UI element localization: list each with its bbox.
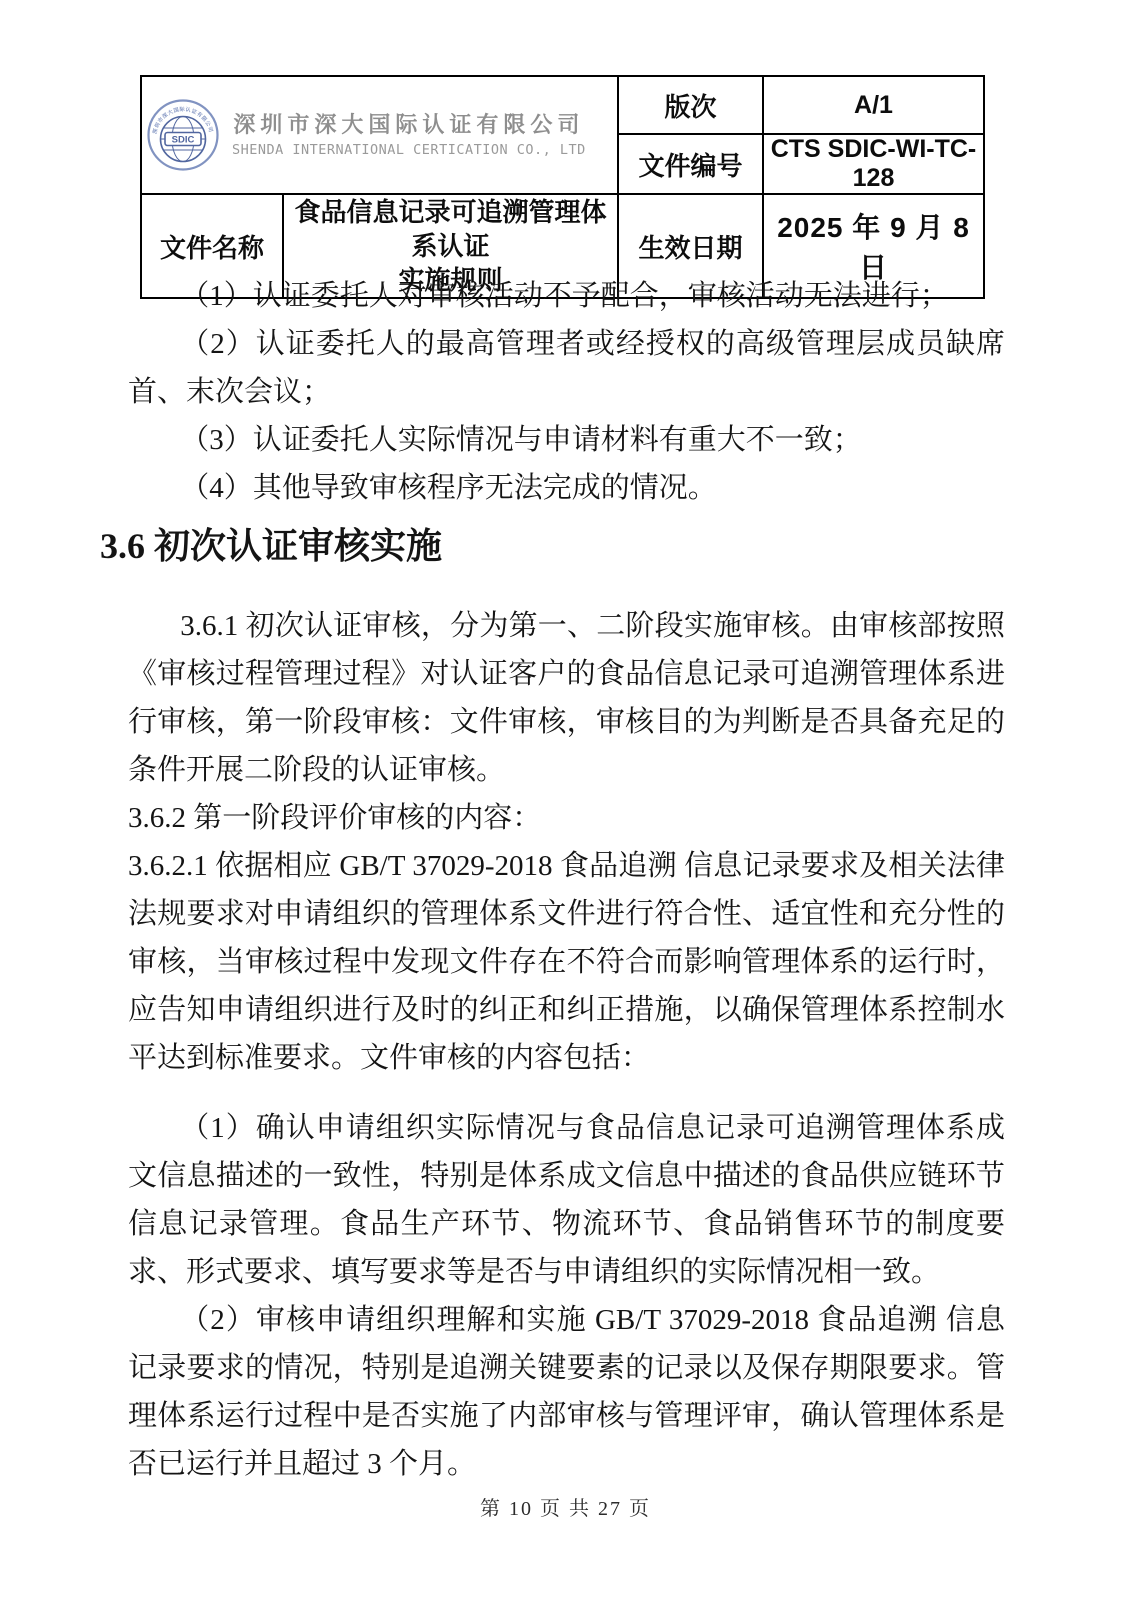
audit-item-2: （2）审核申请组织理解和实施 GB/T 37029-2018 食品追溯 信息记录… [128,1296,1005,1488]
page-number: 第 10 页 共 27 页 [0,1492,1131,1521]
doc-no-value: CTS SDIC-WI-TC-128 [763,134,984,194]
document-body: （1）认证委托人对审核活动不予配合，审核活动无法进行； （2）认证委托人的最高管… [128,272,1005,1488]
svg-text:SDIC: SDIC [172,135,195,146]
document-header-table: 深圳市深大国际认证有限公司 SDIC 深圳市深大国际认证有限公司 SHENDA … [140,75,985,299]
org-names: 深圳市深大国际认证有限公司 SHENDA INTERNATIONAL CERTI… [232,111,586,158]
org-name-en: SHENDA INTERNATIONAL CERTICATION CO., LT… [232,142,586,159]
clause-4: （4）其他导致审核程序无法完成的情况。 [128,464,1005,512]
clause-3: （3）认证委托人实际情况与申请材料有重大不一致； [128,416,1005,464]
doc-name-line1: 食品信息记录可追溯管理体系认证 [288,195,613,263]
version-value: A/1 [763,76,984,134]
logo-cell: 深圳市深大国际认证有限公司 SDIC 深圳市深大国际认证有限公司 SHENDA … [141,76,618,194]
org-name-cn: 深圳市深大国际认证有限公司 [232,111,586,139]
paragraph-3-6-2: 3.6.2 第一阶段评价审核的内容： [128,794,1005,842]
header-row-version: 深圳市深大国际认证有限公司 SDIC 深圳市深大国际认证有限公司 SHENDA … [141,76,984,134]
clause-1: （1）认证委托人对审核活动不予配合，审核活动无法进行； [128,272,1005,320]
company-identity: 深圳市深大国际认证有限公司 SDIC 深圳市深大国际认证有限公司 SHENDA … [146,98,613,172]
doc-no-label: 文件编号 [618,134,763,194]
paragraph-3-6-2-1: 3.6.2.1 依据相应 GB/T 37029-2018 食品追溯 信息记录要求… [128,842,1005,1082]
document-page: 深圳市深大国际认证有限公司 SDIC 深圳市深大国际认证有限公司 SHENDA … [0,0,1131,1600]
section-heading-3-6: 3.6 初次认证审核实施 [100,520,1005,572]
paragraph-3-6-1: 3.6.1 初次认证审核，分为第一、二阶段实施审核。由审核部按照《审核过程管理过… [128,602,1005,794]
audit-item-1: （1）确认申请组织实际情况与食品信息记录可追溯管理体系成文信息描述的一致性，特别… [128,1104,1005,1296]
version-label: 版次 [618,76,763,134]
clause-2: （2）认证委托人的最高管理者或经授权的高级管理层成员缺席首、末次会议； [128,320,1005,416]
sdic-logo-icon: 深圳市深大国际认证有限公司 SDIC [146,98,220,172]
